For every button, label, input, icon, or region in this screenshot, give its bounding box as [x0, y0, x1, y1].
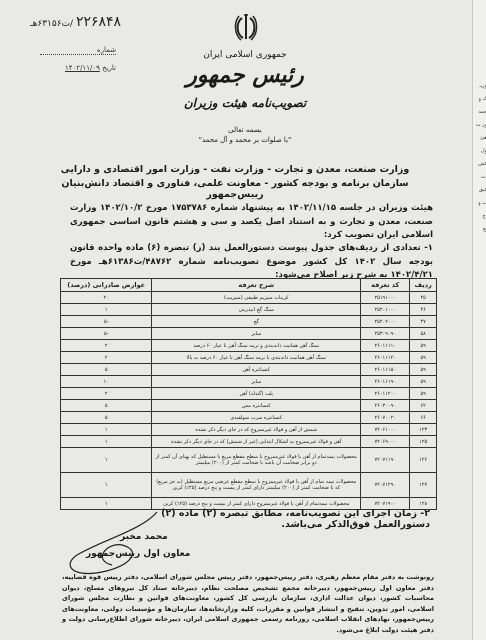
cell-row-number: ۵۸: [410, 328, 437, 340]
cell-export-duty: ۱۰: [61, 376, 152, 388]
table-row: ۵۹۲۶۰۱۱۱۵۰کنسانتره آهن۵: [61, 364, 437, 376]
cell-export-duty: ۲: [61, 340, 152, 352]
date-field: تاریخ ۱۴۰۲/۱۱/۰۹: [40, 64, 116, 72]
cell-row-number: ۴۷: [410, 316, 437, 328]
table-row: ۵۹۲۶۰۱۱۱۲۰سنگ آهن هماتیت دانه‌بندی یا نر…: [61, 352, 437, 364]
number-field: شماره: [40, 46, 116, 55]
cell-tariff-code: ۲۵۳۰۹۰۹۰: [361, 328, 410, 340]
table-row: ۴۵۲۵۱۹۱۰۰۰کربنات منیزیم طبیعی (منیزیت)۲۰: [61, 292, 437, 304]
body-paragraph-1: هیئت وزیران در جلسه ۱۴۰۲/۱۱/۱۵ به پیشنها…: [70, 202, 433, 243]
table-row: ۴۷۲۵۲۰۲۰۰۰گچ-۵: [61, 316, 437, 328]
signer-name: محمد مخبر: [120, 532, 168, 542]
side-strip-fragment: کش: [473, 158, 486, 171]
cell-tariff-code: ۲۵۱۹۱۰۰۰: [361, 292, 410, 304]
cell-row-number: ۱۲۶: [410, 448, 437, 473]
cell-description: سنگ گچ انیدریتی: [152, 304, 361, 316]
cell-export-duty: ۱: [61, 473, 152, 498]
cell-row-number: ۱۲۵: [410, 436, 437, 448]
cell-description: آهن و فولاد غیرممزوج به اشکال ابتدایی (غ…: [152, 436, 361, 448]
reference-number-value: ۲۲۶۸۴۸: [76, 14, 121, 30]
side-strip-fragment: ور ت: [473, 119, 486, 132]
cell-row-number: ۶۲: [410, 400, 437, 412]
addressees-line-2: سازمان برنامه و بودجه کشور - معاونت علمی…: [60, 178, 410, 200]
number-label: شماره: [97, 46, 116, 54]
cell-export-duty: ۱: [61, 448, 152, 473]
cell-description: سنگ آهن هماتیت دانه‌بندی و نرمه سنگ آهن …: [152, 340, 361, 352]
side-strip-fragment: ول: [473, 145, 486, 158]
cell-tariff-code: ۷۲۰۶۱۰۰۰: [361, 424, 410, 436]
signature-scribble: [62, 510, 172, 580]
table-row: ۶۲۲۶۰۳۰۰۹۰کنسانتره مس۵: [61, 400, 437, 412]
cell-export-duty: ۱: [61, 304, 152, 316]
cell-export-duty: -۵: [61, 328, 152, 340]
table-row: ۶۶۲۶۰۷۰۰۲۰کنسانتره سرب سولفیدی۵: [61, 412, 437, 424]
cell-export-duty: ۲۰: [61, 292, 152, 304]
cell-tariff-code: ۲۶۰۱۱۱۲۰: [361, 352, 410, 364]
cell-export-duty: ۱: [61, 436, 152, 448]
document-type: تصویب‌نامه هیئت وزیران: [120, 96, 370, 110]
cell-export-duty: ۵: [61, 364, 152, 376]
reference-number: ۲۲۶۸۴۸ /ت۶۳۱۵۶هـ: [30, 14, 121, 30]
cell-row-number: ۵۹: [410, 388, 437, 400]
cell-tariff-code: ۲۶۰۷۰۰۲۰: [361, 412, 410, 424]
cell-export-duty: ۱: [61, 424, 152, 436]
table-row: ۵۹۲۶۰۱۱۲۰۰پلت (گندله) آهن۲: [61, 388, 437, 400]
date-value: ۱۴۰۲/۱۱/۰۹: [65, 64, 100, 72]
table-row: ۴۶۲۵۲۰۱۰۰۰سنگ گچ انیدریتی۱: [61, 304, 437, 316]
reference-code: /ت۶۳۱۵۶هـ: [30, 19, 73, 29]
clause-2: ۲- زمان اجرای این تصویب‌نامه، مطابق تبصر…: [130, 508, 430, 530]
side-strip-fragment: ک و: [473, 93, 486, 106]
cell-tariff-code: ۲۶۰۳۰۰۹۰: [361, 400, 410, 412]
cell-export-duty: ۲: [61, 352, 152, 364]
cell-tariff-code: ۲۶۰۱۱۱۹۰: [361, 376, 410, 388]
cell-description: شمش از آهن و فولاد غیرممزوج که در جای دی…: [152, 424, 361, 436]
cell-description: سایر: [152, 328, 361, 340]
cell-description: محصولات نیمه‌تمام از آهن یا فولاد غیرممز…: [152, 448, 361, 473]
cell-tariff-code: ۲۵۲۰۲۰۰۰: [361, 316, 410, 328]
table-row: ۵۸۲۵۳۰۹۰۹۰سایر-۵: [61, 328, 437, 340]
table-row: ۱۲۵۷۲۰۶۹۰۰۰آهن و فولاد غیرممزوج به اشکال…: [61, 436, 437, 448]
cell-tariff-code: ۲۶۰۱۱۱۵۰: [361, 364, 410, 376]
table-row: ۱۲۷۷۲۰۷۱۲۹۰محصولات نیمه تمام از آهن یا ف…: [61, 473, 437, 498]
table-header-row: ردیف کد تعرفه شرح تعرفه عوارض صادراتی (د…: [61, 279, 437, 292]
cell-description: کنسانتره آهن: [152, 364, 361, 376]
signer-title: معاون اول رییس‌جمهور: [86, 549, 190, 559]
cell-row-number: ۵۹: [410, 364, 437, 376]
cell-description: کنسانتره سرب سولفیدی: [152, 412, 361, 424]
cell-description: سایر: [152, 376, 361, 388]
iran-emblem-icon: [233, 12, 259, 42]
table-row: ۵۹۲۶۰۱۱۱۹۰سایر۱۰: [61, 376, 437, 388]
cell-row-number: ۱۲۷: [410, 473, 437, 498]
cell-description: محصولات نیمه تمام از آهن یا فولاد غیرممز…: [152, 473, 361, 498]
date-label: تاریخ: [102, 64, 116, 72]
cell-description: کنسانتره مس: [152, 400, 361, 412]
cell-tariff-code: ۲۶۰۱۱۲۰۰: [361, 388, 410, 400]
cell-tariff-code: ۷۲۰۶۹۰۰۰: [361, 436, 410, 448]
cell-export-duty: ۵: [61, 412, 152, 424]
cell-description: سنگ آهن هماتیت دانه‌بندی یا نرمه سنگ آهن…: [152, 352, 361, 364]
adjacent-page-edge: وزیـک وجمهور تهئولکشاتقیقب واجتع: [472, 0, 486, 640]
side-strip-fragment: اج: [473, 210, 486, 223]
basmala: بسمه تعالی: [120, 126, 370, 134]
header-description: شرح تعرفه: [152, 279, 361, 292]
cell-description: کربنات منیزیم طبیعی (منیزیت): [152, 292, 361, 304]
cc-distribution: رونوشت به دفتر مقام معظم رهبری، دفتر ریی…: [62, 572, 434, 635]
cell-export-duty: -۵: [61, 316, 152, 328]
tariff-table: ردیف کد تعرفه شرح تعرفه عوارض صادراتی (د…: [60, 278, 437, 510]
table-row: ۱۲۶۷۲۰۷۱۱۹۰محصولات نیمه‌تمام از آهن یا ف…: [61, 448, 437, 473]
body-paragraph-2: ۱- تعدادی از ردیف‌های جدول پیوست دستورال…: [70, 242, 433, 283]
cell-row-number: ۵۹: [410, 376, 437, 388]
cell-tariff-code: ۲۵۲۰۱۰۰۰: [361, 304, 410, 316]
header-tariff-code: کد تعرفه: [361, 279, 410, 292]
side-strip-fragment: ب و: [473, 197, 486, 210]
addressees-line-1: وزارت صنعت، معدن و تجارت - وزارت نفت - و…: [60, 164, 410, 175]
header-export-duty: عوارض صادراتی (درصد): [61, 279, 152, 292]
header-row-number: ردیف: [410, 279, 437, 292]
cell-export-duty: ۲: [61, 388, 152, 400]
cell-tariff-code: ۷۲۰۷۱۱۹۰: [361, 448, 410, 473]
cell-description: گچ: [152, 316, 361, 328]
side-strip-fragment: وزیـ: [473, 80, 486, 93]
cell-description: پلت (گندله) آهن: [152, 388, 361, 400]
side-strip-fragment: قیق: [473, 184, 486, 197]
cell-row-number: ۵۹: [410, 340, 437, 352]
cell-row-number: ۶۶: [410, 412, 437, 424]
cell-tariff-code: ۷۲۰۷۱۲۹۰: [361, 473, 410, 498]
side-strip-fragment: ات: [473, 171, 486, 184]
cell-row-number: ۱۲۳: [410, 424, 437, 436]
table-row: ۱۲۳۷۲۰۶۱۰۰۰شمش از آهن و فولاد غیرممزوج ک…: [61, 424, 437, 436]
cell-row-number: ۵۹: [410, 352, 437, 364]
table-row: ۵۹۲۶۰۱۱۱۱۰سنگ آهن هماتیت دانه‌بندی و نرم…: [61, 340, 437, 352]
cell-row-number: ۴۵: [410, 292, 437, 304]
side-strip-fragment: جمه: [473, 106, 486, 119]
cell-row-number: ۴۶: [410, 304, 437, 316]
salawat: "با صلوات بر محمد و آل محمد": [120, 136, 370, 144]
cell-tariff-code: ۲۶۰۱۱۱۱۰: [361, 340, 410, 352]
cell-export-duty: ۵: [61, 400, 152, 412]
republic-title: جمهوری اسلامی ایران: [120, 50, 370, 60]
side-strip-fragment: هئ: [473, 132, 486, 145]
side-strip-fragment: تع: [473, 223, 486, 236]
document-page: ۲۲۶۸۴۸ /ت۶۳۱۵۶هـ شماره تاریخ ۱۴۰۲/۱۱/۰۹ …: [0, 0, 476, 640]
office-title: رئیس جمهور: [120, 62, 370, 88]
